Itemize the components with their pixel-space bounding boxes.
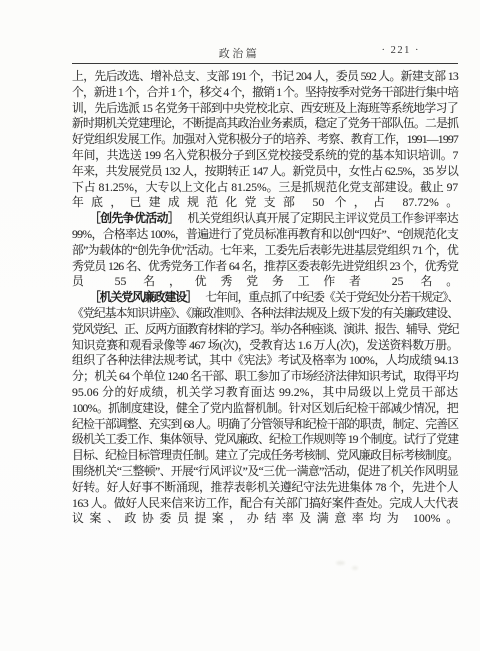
text-line: 99%，合格率达 100%，普遍进行了党员标准再教育和以创“四好”、“创规范化支 xyxy=(72,227,458,243)
text-line: 新时期机关党建理论，不断提高其政治业务素质，稳定了党务干部队伍。二是抓 xyxy=(72,116,458,132)
text-line: 目标、纪检目标管理责任制。建立了完成任务考核制、党风廉政目标考核制度。 xyxy=(72,448,458,464)
text-line: 《党纪基本知识讲座》、《廉政准则》、各种法律法规及上级下发的有关廉政建设、 xyxy=(72,306,458,322)
text-line: ［机关党风廉政建设］七年间，重点抓了中纪委《关于党纪处分若干规定》、 xyxy=(72,290,458,306)
paragraph-continuation-party-branch-work: 上，先后改选、增补总支、支部 191 个，书记 204 人，委员 592 人。新… xyxy=(72,69,458,211)
text-line: 好党组织发展工作。加强对入党积极分子的培养、考察、教育工作，1991—1997 xyxy=(72,132,458,148)
running-header: 政治篇 · 221 · xyxy=(72,44,458,64)
text-line: 训，先后选派 15 名党务干部到中央党校北京、西安班及上海班等系统地学习了 xyxy=(72,101,458,117)
scan-smudge xyxy=(336,561,345,565)
text-line: 163 人。做好人民来信来访工作，配合有关部门搞好案件查处。完成人大代表 xyxy=(72,496,458,512)
text-line: 分；机关 64 个单位 1240 名干部、职工参加了市场经济法律知识考试，取得平… xyxy=(72,369,458,385)
paragraph-entry-chuangxian-zhengyou: ［创先争优活动］机关党组织认真开展了定期民主评议党员工作参评率达99%，合格率达… xyxy=(72,211,458,290)
entry-title: ［机关党风廉政建设］ xyxy=(89,290,197,304)
scan-smudge xyxy=(352,566,358,570)
text-line: 级机关工委工作、集体领导、党风廉政、纪检工作规则等 19 个制度。试行了党建 xyxy=(72,432,458,448)
text-line: 秀党员 126 名、优秀党务工作者 64 名，推荐区委表彰先进党组织 23 个，… xyxy=(72,259,458,275)
text-line: 下占 81.25%，大专以上文化占 81.25%。三是抓规范化党支部建设。截止 … xyxy=(72,180,458,196)
text-line: 95.06 分的好成绩，机关学习教育面达 99.2%，其中局级以上党员干部达 xyxy=(72,385,458,401)
text-line: ［创先争优活动］机关党组织认真开展了定期民主评议党员工作参评率达 xyxy=(72,211,458,227)
text-line: 知识竞赛和观看录像等 467 场(次)，受教育达 1.6 万人(次)，发送资料数… xyxy=(72,338,458,354)
text-line: 好转。好人好事不断涌现，推荐表彰机关遵纪守法先进集体 78 个，先进个人 xyxy=(72,480,458,496)
text-line: 部”为载体的“创先争优”活动。七年来，工委先后表彰先进基层党组织 71 个，优 xyxy=(72,243,458,259)
text-line: 围绕机关“三整顿”、开展“行风评议”及“三优一满意”活动，促进了机关作风明显 xyxy=(72,464,458,480)
text-line: 100%。抓制度建设，健全了党内监督机制。针对区划后纪检干部减少情况，把 xyxy=(72,401,458,417)
entry-title: ［创先争优活动］ xyxy=(89,211,179,225)
page-number: · 221 · xyxy=(382,45,421,56)
text-line: 上，先后改选、增补总支、支部 191 个，书记 204 人，委员 592 人。新… xyxy=(72,69,458,85)
chapter-title: 政治篇 xyxy=(219,45,260,61)
text-line: 员 55 名，优秀党务工作者 25 名。 xyxy=(72,274,458,290)
page-content: 政治篇 · 221 · 上，先后改选、增补总支、支部 191 个，书记 204 … xyxy=(72,44,458,527)
text-line: 组织了各种法律法规考试，其中《宪法》考试及格率为 100%，人均成绩 94.13 xyxy=(72,353,458,369)
text-line: 纪检干部调整、充实到 68 人。明确了分管领导和纪检干部的职责，制定、完善区 xyxy=(72,417,458,433)
text-line: 年间，共选送 199 名入党积极分子到区党校接受系统的党的基本知识培训。7 xyxy=(72,148,458,164)
scanned-book-page: 政治篇 · 221 · 上，先后改选、增补总支、支部 191 个，书记 204 … xyxy=(0,0,480,651)
text-line: 党风党纪、正、反两方面教育材料的学习。举办各种座谈、演讲、报告、辅导、党纪 xyxy=(72,322,458,338)
paragraph-entry-dangfeng-lianzheng: ［机关党风廉政建设］七年间，重点抓了中纪委《关于党纪处分若干规定》、《党纪基本知… xyxy=(72,290,458,527)
text-line: 议案、政协委员提案，办结率及满意率均为 100%。 xyxy=(72,511,458,527)
body-text: 上，先后改选、增补总支、支部 191 个，书记 204 人，委员 592 人。新… xyxy=(72,69,458,527)
text-line: 个，新进 1 个，合并 1 个，移交 4 个，撤销 1 个。坚持按季对党务干部进… xyxy=(72,85,458,101)
text-line: 年来，共发展党员 132 人，按期转正 147 人。新党员中，女性占 62.5%… xyxy=(72,164,458,180)
text-line: 年底，已建成规范化党支部 50 个，占 87.72%。 xyxy=(72,195,458,211)
